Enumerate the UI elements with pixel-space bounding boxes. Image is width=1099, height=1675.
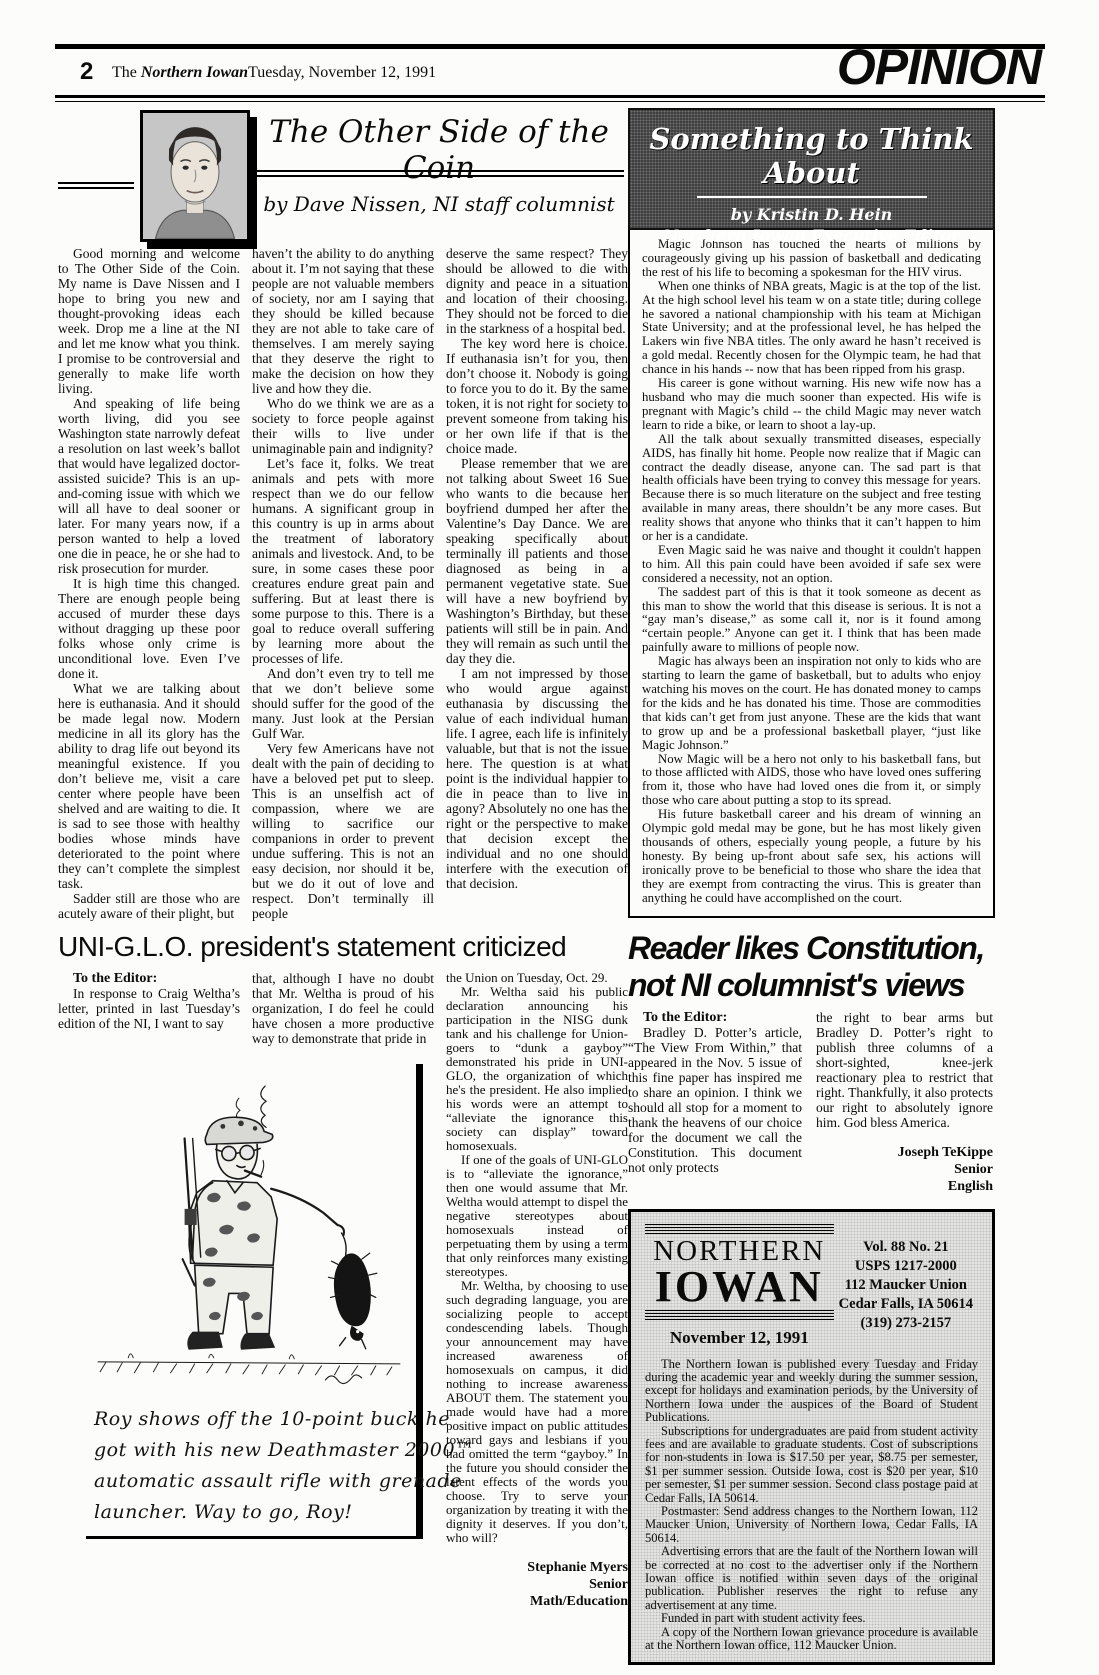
portrait-illustration [143, 113, 247, 239]
body-paragraph: Subscriptions for undergraduates are pai… [645, 1425, 978, 1505]
body-paragraph: haven’t the ability to do anything about… [252, 246, 434, 396]
uniglo-signature: Stephanie MyersSeniorMath/Education [446, 1559, 628, 1610]
body-paragraph: In response to Craig Weltha’s letter, pr… [58, 986, 240, 1031]
caption-line: automatic assault rifle with grenade [94, 1466, 410, 1497]
signature-line: Senior [446, 1576, 628, 1593]
signature-line: Joseph TeKippe [816, 1144, 993, 1161]
uniglo-column-3: the Union on Tuesday, Oct. 29.Mr. Weltha… [446, 971, 628, 1610]
body-paragraph: Funded in part with student activity fee… [645, 1612, 978, 1625]
right-section: Something to Think About by Kristin D. H… [628, 108, 995, 1665]
byline-rule-left [58, 182, 134, 189]
byline-rule [254, 170, 624, 177]
body-paragraph: The saddest part of this is that it took… [642, 586, 981, 656]
header-rule-thin [55, 101, 1045, 102]
uniglo-column-1: To the Editor: In response to Craig Welt… [58, 971, 240, 1046]
info-line: 112 Maucker Union [834, 1276, 978, 1295]
uniglo-column-2: that, although I have no doubt that Mr. … [252, 971, 434, 1046]
constitution-signature: Joseph TeKippeSeniorEnglish [816, 1144, 993, 1195]
body-paragraph: the Union on Tuesday, Oct. 29. [446, 971, 628, 985]
signature-line: Stephanie Myers [446, 1559, 628, 1576]
masthead-logo: NORTHERN IOWAN November 12, 1991 [645, 1222, 834, 1348]
masthead-text: The Northern Iowan is published every Tu… [645, 1358, 978, 1653]
think-column-body: Magic Johnson has touched the hearts of … [628, 230, 995, 918]
masthead-dateline: The Northern IowanTuesday, November 12, … [112, 64, 436, 82]
body-paragraph: Please remember that we are not talking … [446, 456, 628, 666]
body-paragraph: Let’s face it, folks. We treat animals a… [252, 456, 434, 666]
logo-name-line2: IOWAN [645, 1266, 834, 1308]
headline-line-2: not NI columnist's views [628, 967, 995, 1004]
signature-line: Senior [816, 1161, 993, 1178]
constitution-column-2: the right to bear arms but Bradley D. Po… [816, 1010, 993, 1195]
letter-salutation: To the Editor: [58, 971, 240, 986]
uniglo-headline: UNI-G.L.O. president's statement critici… [58, 931, 630, 963]
body-paragraph: And don’t even try to tell me that we do… [252, 666, 434, 741]
info-line: (319) 273-2157 [834, 1314, 978, 1333]
body-paragraph: that, although I have no doubt that Mr. … [252, 971, 434, 1046]
masthead-the: The [112, 64, 141, 81]
body-paragraph: When one thinks of NBA greats, Magic is … [642, 280, 981, 377]
coin-article-body: Good morning and welcome to The Other Si… [58, 246, 630, 921]
coin-column-1: Good morning and welcome to The Other Si… [58, 246, 240, 921]
constitution-headline: Reader likes Constitution, not NI column… [628, 930, 995, 1004]
body-paragraph: Sadder still are those who are acutely a… [58, 891, 240, 921]
masthead-date: November 12, 1991 [645, 1328, 834, 1348]
body-paragraph: Magic has always been an inspiration not… [642, 655, 981, 752]
coin-column-2: haven’t the ability to do anything about… [252, 246, 434, 921]
uniglo-letter-body: To the Editor: In response to Craig Welt… [58, 971, 630, 1610]
caption-line: launcher. Way to go, Roy! [94, 1497, 410, 1528]
signature-line: English [816, 1178, 993, 1195]
logo-name-line1: NORTHERN [645, 1236, 834, 1266]
body-paragraph: His career is gone without warning. His … [642, 377, 981, 433]
body-paragraph: Bradley D. Potter’s article, “The View F… [628, 1025, 802, 1175]
body-paragraph: If one of the goals of UNI-GLO is to “al… [446, 1153, 628, 1279]
left-section: The Other Side of the Coin by Dave Nisse… [58, 106, 630, 1610]
publication-info: Vol. 88 No. 21USPS 1217-2000112 Maucker … [834, 1238, 978, 1348]
body-paragraph: His future basketball career and his dre… [642, 808, 981, 905]
body-paragraph: Mr. Weltha, by choosing to use such degr… [446, 1279, 628, 1545]
think-column-byline2: Northern Iowan Executive Editor [630, 225, 993, 246]
masthead-paper-name: Northern Iowan [141, 64, 248, 81]
editorial-cartoon: Roy shows off the 10-point buck hegot wi… [86, 1064, 423, 1539]
coin-article-header: The Other Side of the Coin by Dave Nisse… [58, 106, 630, 246]
think-column-header: Something to Think About by Kristin D. H… [628, 108, 995, 230]
body-paragraph: Postmaster: Send address changes to the … [645, 1505, 978, 1545]
body-paragraph: All the talk about sexually transmitted … [642, 433, 981, 544]
info-line: Cedar Falls, IA 50614 [834, 1295, 978, 1314]
header-rule-thick [55, 95, 1045, 98]
body-paragraph: The Northern Iowan is published every Tu… [645, 1358, 978, 1425]
columnist-photo [140, 110, 250, 242]
caption-line: Roy shows off the 10-point buck he [94, 1404, 410, 1435]
body-paragraph: And speaking of life being worth living,… [58, 396, 240, 576]
masthead-info-box: NORTHERN IOWAN November 12, 1991 Vol. 88… [628, 1209, 995, 1666]
cartoon-drawing [88, 1068, 410, 1400]
think-column-title: Something to Think About [630, 110, 993, 190]
caption-line: got with his new Deathmaster 2000™ [94, 1435, 410, 1466]
letter-salutation: To the Editor: [628, 1010, 802, 1025]
constitution-column-1: To the Editor: Bradley D. Potter’s artic… [628, 1010, 802, 1195]
page-number: 2 [80, 58, 93, 86]
body-paragraph: I am not impressed by those who would ar… [446, 666, 628, 891]
body-paragraph: The key word here is choice. If euthanas… [446, 336, 628, 456]
body-paragraph: Advertising errors that are the fault of… [645, 1545, 978, 1612]
masthead-date: Tuesday, November 12, 1991 [248, 64, 436, 81]
body-paragraph: Who do we think we are as a society to f… [252, 396, 434, 456]
body-paragraph: Very few Americans have not dealt with t… [252, 741, 434, 921]
signature-line: Math/Education [446, 1593, 628, 1610]
body-paragraph: the right to bear arms but Bradley D. Po… [816, 1010, 993, 1130]
think-column-byline: by Kristin D. Hein [630, 204, 993, 225]
body-paragraph: A copy of the Northern Iowan grievance p… [645, 1626, 978, 1653]
logo-rule-top [645, 1224, 834, 1228]
body-paragraph: Mr. Weltha said his public declaration a… [446, 985, 628, 1153]
coin-column-3: deserve the same respect? They should be… [446, 246, 628, 921]
body-paragraph: What we are talking about here is euthan… [58, 681, 240, 891]
constitution-letter-body: To the Editor: Bradley D. Potter’s artic… [628, 1010, 995, 1195]
info-line: USPS 1217-2000 [834, 1257, 978, 1276]
section-title: OPINION [837, 42, 1041, 92]
body-paragraph: It is high time this changed. There are … [58, 576, 240, 681]
newspaper-page: 2 The Northern IowanTuesday, November 12… [0, 0, 1099, 1675]
body-paragraph: Good morning and welcome to The Other Si… [58, 246, 240, 396]
headline-line-1: Reader likes Constitution, [628, 930, 995, 967]
body-paragraph: deserve the same respect? They should be… [446, 246, 628, 336]
cartoon-caption: Roy shows off the 10-point buck hegot wi… [88, 1400, 410, 1530]
logo-rule-top2 [645, 1230, 834, 1234]
logo-rule-bottom2 [645, 1316, 834, 1320]
body-paragraph: Even Magic said he was naive and thought… [642, 544, 981, 586]
info-line: Vol. 88 No. 21 [834, 1238, 978, 1257]
title-underline [697, 196, 927, 198]
coin-article-byline: by Dave Nissen, NI staff columnist [248, 192, 630, 216]
body-paragraph: Now Magic will be a hero not only to his… [642, 753, 981, 809]
uniglo-left-group: To the Editor: In response to Craig Welt… [58, 971, 434, 1610]
